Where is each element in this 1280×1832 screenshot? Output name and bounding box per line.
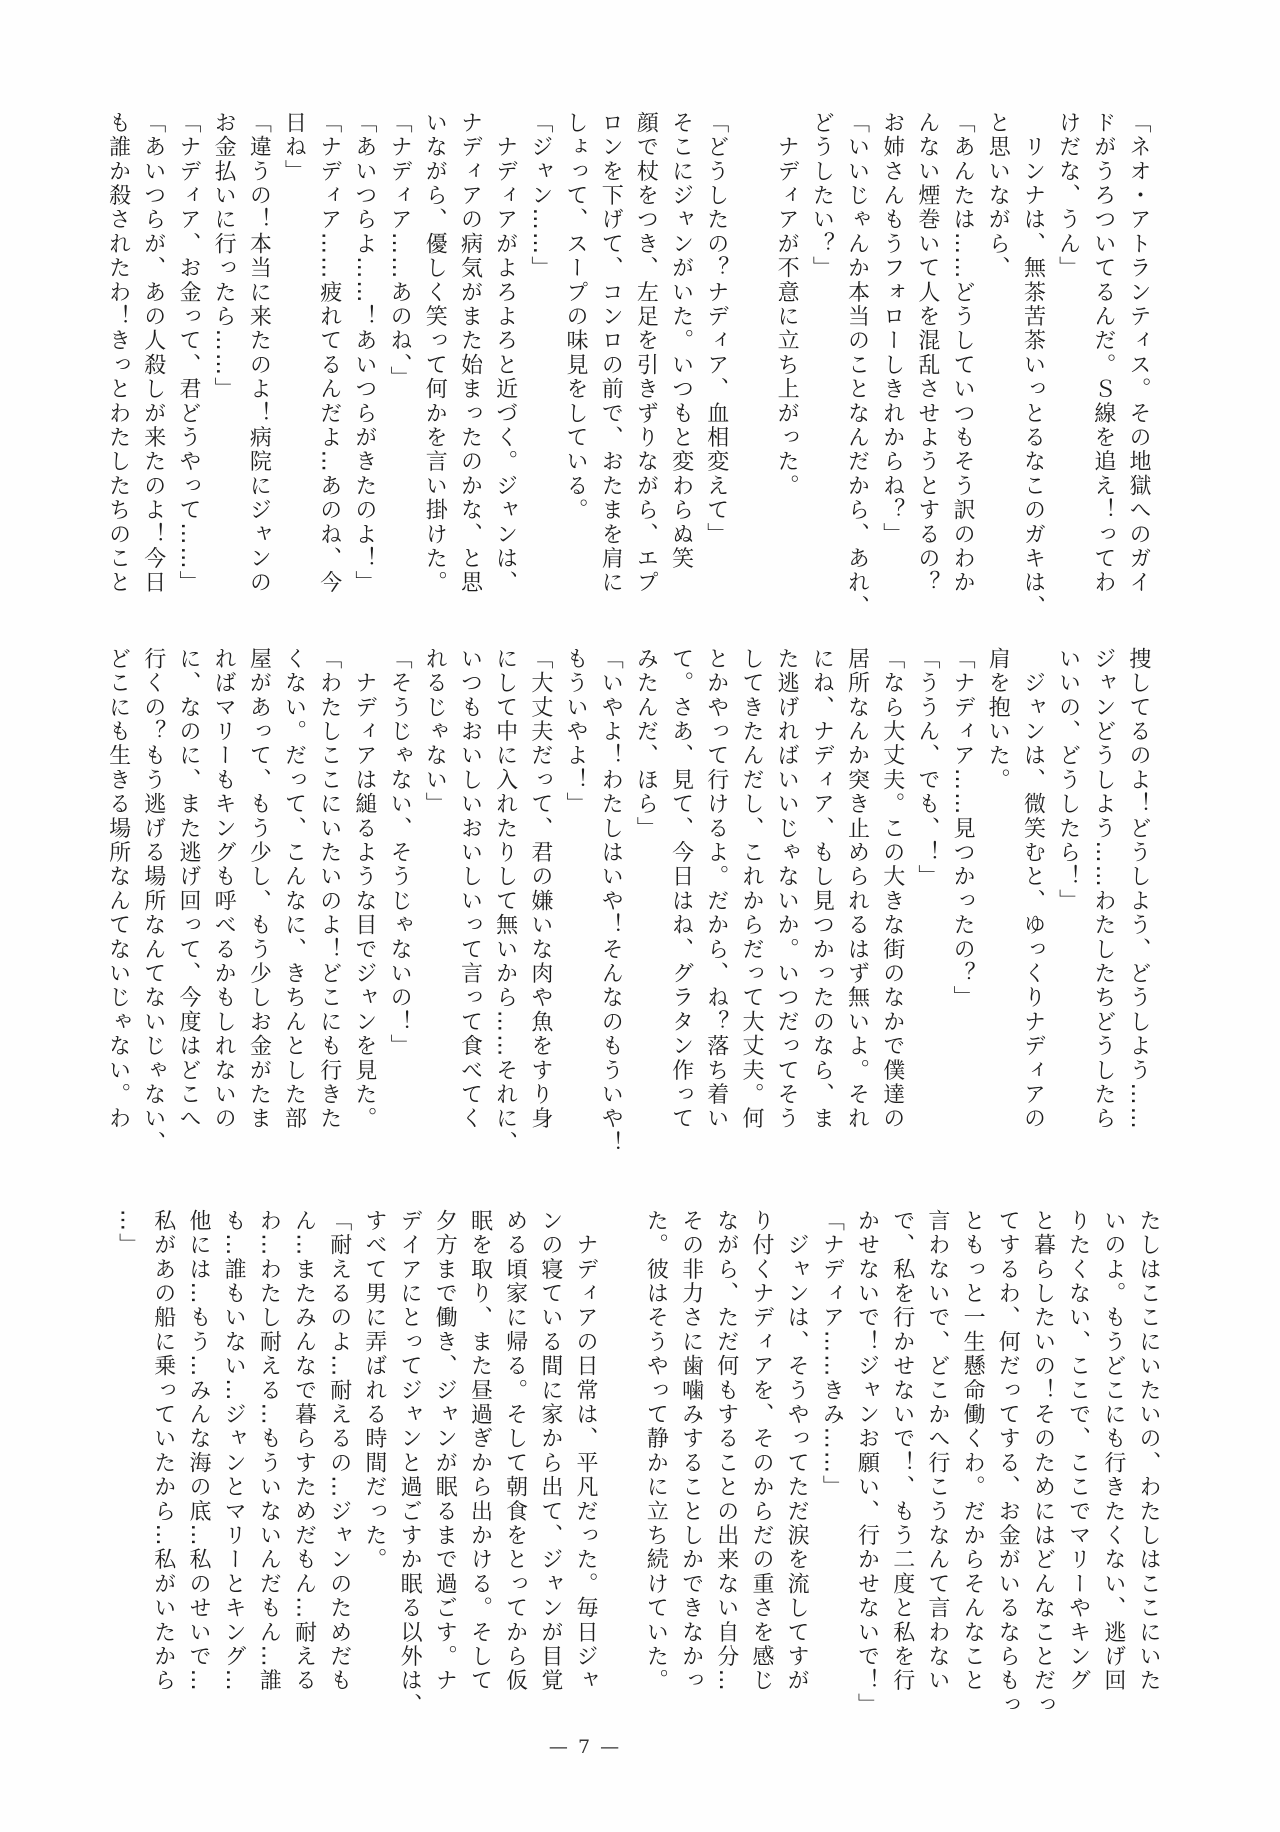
text-column: 「ナディア……疲れてるんだよ…あのね、今 [312, 111, 347, 631]
text-column: 「なら大丈夫。この大きな街のなかで僕達の [875, 647, 910, 1167]
text-column: その非力さに歯噛みすることしかできなかっ [673, 1209, 708, 1729]
text-column: 「耐えるのよ…耐えるの…ジャンのためだも [322, 1209, 357, 1729]
text-column: たしはここにいたいの、わたしはここにいた [1131, 1209, 1166, 1729]
text-column: ナディアの日常は、平凡だった。毎日ジャ [568, 1209, 603, 1729]
text-column: 「大丈夫だって、君の嫌いな肉や魚をすり身 [523, 647, 558, 1167]
text-column: てするわ、何だってする、お金がいるならもっ [990, 1209, 1025, 1729]
text-column: と思いながら、 [980, 111, 1015, 631]
text-column: デイアにとってジャンと過ごすか眠る以外は、 [392, 1209, 427, 1729]
text-column: 眠を取り、また昼過ぎから出かける。そして [462, 1209, 497, 1729]
text-column: も…誰もいない…ジャンとマリーとキング… [216, 1209, 251, 1729]
text-column: にして中に入れたりして無いから……それに、 [487, 647, 522, 1167]
text-column: 「あんたは……どうしていつもそう訳のわか [945, 111, 980, 631]
text-column: かせないで！ジャンお願い、行かせないで！」 [849, 1209, 884, 1729]
text-column: 居所なんか突き止められるはず無いよ。それ [839, 647, 874, 1167]
blank-column [603, 1209, 638, 1729]
text-column: してきたんだし、これからだって大丈夫。何 [734, 647, 769, 1167]
text-column: ナディアが不意に立ち上がった。 [769, 111, 804, 631]
text-column: 「ナディア……あのね、」 [382, 111, 417, 631]
text-column: ともっと一生懸命働くわ。だからそんなこと [955, 1209, 990, 1729]
text-column: 「ナディア……きみ……」 [814, 1209, 849, 1729]
text-column: 日ね」 [276, 111, 311, 631]
text-column: くない。だって、こんなに、きちんとした部 [276, 647, 311, 1167]
text-column: 「ジャン……」 [523, 111, 558, 631]
text-column: 肩を抱いた。 [980, 647, 1015, 1167]
text-column: 「どうしたの？ナディア、血相変えて」 [699, 111, 734, 631]
text-column: けだな、うん」 [1050, 111, 1085, 631]
text-column: いいの、どうしたら！」 [1050, 647, 1085, 1167]
text-column: 夕方まで働き、ジャンが眠るまで過ごす。ナ [427, 1209, 462, 1729]
text-column: める頃家に帰る。そして朝食をとってから仮 [497, 1209, 532, 1729]
text-column: と暮らしたいの！そのためにはどんなことだっ [1025, 1209, 1060, 1729]
text-column: 「ナディア……見つかったの？」 [945, 647, 980, 1167]
blank-column [734, 111, 769, 631]
text-column: て。さあ、見て、今日はね、グラタン作って [663, 647, 698, 1167]
text-column: た。彼はそうやって静かに立ち続けていた。 [638, 1209, 673, 1729]
text-column: ナディアがよろよろと近づく。ジャンは、 [487, 111, 522, 631]
text-column: わ…わたし耐える…もういないんだもん…誰 [251, 1209, 286, 1729]
text-column: 「ネオ・アトランティス。その地獄へのガイ [1121, 111, 1156, 631]
text-column: 屋があって、もう少し、もう少しお金がたま [241, 647, 276, 1167]
text-column: お金払いに行ったら……」 [206, 111, 241, 631]
text-column: いながら、優しく笑って何かを言い掛けた。 [417, 111, 452, 631]
text-column: 「あいつらが、あの人殺しが来たのよ！今日 [136, 111, 171, 631]
text-column: 「いいじゃんか本当のことなんだから、あれ、 [839, 111, 874, 631]
text-column: んない煙巻いて人を混乱させようとするの？ [910, 111, 945, 631]
text-column: に、なのに、また逃げ回って、今度はどこへ [171, 647, 206, 1167]
text-column: ジャンどうしよう……わたしたちどうしたら [1086, 647, 1121, 1167]
text-column: ドがうろついてるんだ。Ｓ線を追え！ってわ [1086, 111, 1121, 631]
text-column: りたくない、ここで、ここでマリーやキング [1060, 1209, 1095, 1729]
text-column: 顔で杖をつき、左足を引きずりながら、エプ [628, 111, 663, 631]
text-column: ジャンは、微笑むと、ゆっくりナディアの [1015, 647, 1050, 1167]
text-column: で、私を行かせないで！、もう二度と私を行 [885, 1209, 920, 1729]
text-column: ん…またみんなで暮らすためだもん…耐える [286, 1209, 321, 1729]
text-column: もういやよ！」 [558, 647, 593, 1167]
text-column: 「ううん、でも、！」 [910, 647, 945, 1167]
text-column: り付くナディアを、そのからだの重さを感じ [744, 1209, 779, 1729]
text-column: 「違うの！本当に来たのよ！病院にジャンの [241, 111, 276, 631]
text-column: …」 [110, 1209, 145, 1729]
text-column: 私があの船に乗っていたから…私がいたから [146, 1209, 181, 1729]
text-column: ながら、ただ何もすることの出来ない自分… [709, 1209, 744, 1729]
text-column: 言わないで、どこかへ行こうなんて言わない [920, 1209, 955, 1729]
text-band-top: 「ネオ・アトランティス。その地獄へのガイ ドがうろついてるんだ。Ｓ線を追え！って… [100, 111, 1156, 631]
text-column: どこにも生きる場所なんてないじゃない。わ [100, 647, 135, 1167]
text-column: 「いやよ！わたしはいや！そんなのもういや！ [593, 647, 628, 1167]
text-column: 「ナディア、お金って、君どうやって……」 [171, 111, 206, 631]
page-number: — 7 — [530, 1736, 640, 1758]
text-band-bottom: たしはここにいたいの、わたしはここにいた いのよ。もうどこにも行きたくない、逃げ… [110, 1209, 1166, 1729]
text-column: 他には…もう…みんな海の底…私のせいで… [181, 1209, 216, 1729]
text-column: いつもおいしいおいしいって言って食べてく [452, 647, 487, 1167]
text-column: た逃げればいいじゃないか。いつだってそう [769, 647, 804, 1167]
text-column: そこにジャンがいた。いつもと変わらぬ笑 [663, 111, 698, 631]
text-column: ればマリーもキングも呼べるかもしれないの [206, 647, 241, 1167]
text-column: 捜してるのよ！どうしよう、どうしよう…… [1121, 647, 1156, 1167]
text-column: ロンを下げて、コンロの前で、おたまを肩に [593, 111, 628, 631]
text-column: いのよ。もうどこにも行きたくない、逃げ回 [1096, 1209, 1131, 1729]
text-column: リンナは、無茶苦茶いっとるなこのガキは、 [1015, 111, 1050, 631]
text-column: 行くの？もう逃げる場所なんてないじゃない、 [136, 647, 171, 1167]
text-column: ナディアは縋るような目でジャンを見た。 [347, 647, 382, 1167]
text-column: ナディアの病気がまた始まったのかな、と思 [452, 111, 487, 631]
text-column: どうしたい？」 [804, 111, 839, 631]
text-column: ジャンは、そうやってただ涙を流してすが [779, 1209, 814, 1729]
text-column: ンの寝ている間に家から出て、ジャンが目覚 [533, 1209, 568, 1729]
text-column: みたんだ、ほら」 [628, 647, 663, 1167]
text-column: も誰か殺されたわ！きっとわたしたちのこと [100, 111, 135, 631]
text-column: しょって、スープの味見をしている。 [558, 111, 593, 631]
text-column: 「わたしここにいたいのよ！どこにも行きた [312, 647, 347, 1167]
text-column: にね、ナディア、もし見つかったのなら、ま [804, 647, 839, 1167]
text-column: すべて男に弄ばれる時間だった。 [357, 1209, 392, 1729]
text-band-middle: 捜してるのよ！どうしよう、どうしよう…… ジャンどうしよう……わたしたちどうした… [100, 647, 1156, 1167]
document-page: 「ネオ・アトランティス。その地獄へのガイ ドがうろついてるんだ。Ｓ線を追え！って… [0, 0, 1280, 1832]
text-column: れるじゃない」 [417, 647, 452, 1167]
text-column: お姉さんもうフォローしきれからね？」 [875, 111, 910, 631]
text-column: 「そうじゃない、そうじゃないの！」 [382, 647, 417, 1167]
text-column: 「あいつらよ……！あいつらがきたのよ！」 [347, 111, 382, 631]
text-column: とかやって行けるよ。だから、ね？落ち着い [699, 647, 734, 1167]
